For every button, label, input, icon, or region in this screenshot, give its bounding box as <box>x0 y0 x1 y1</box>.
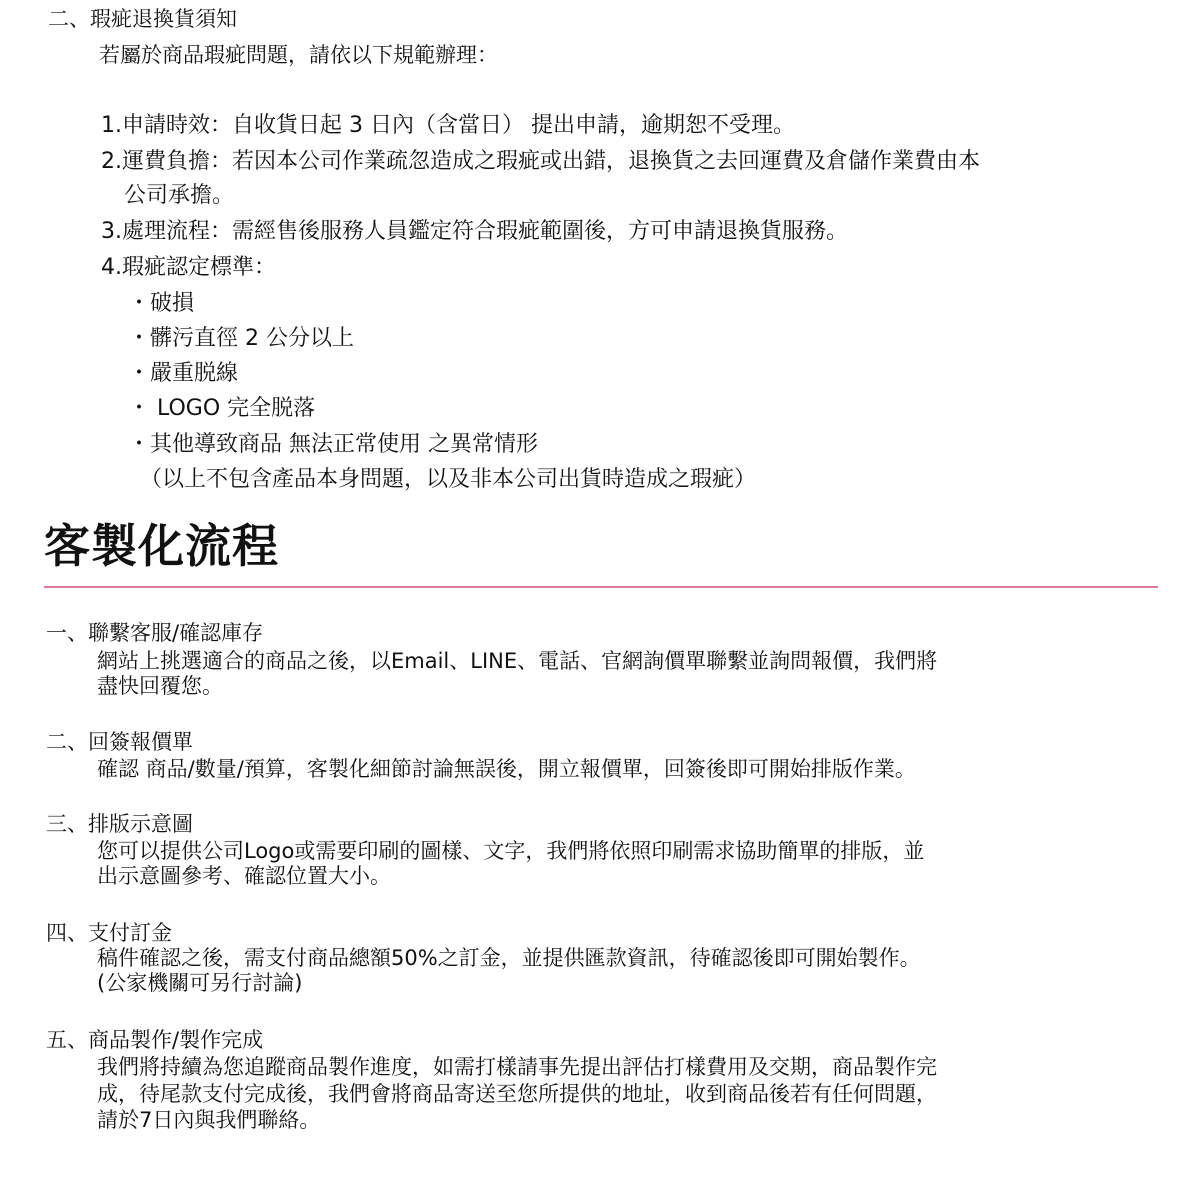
step-1-line: 網站上挑選適合的商品之後，以Email、LINE、電話、官網詢價單聯繫並詢問報價… <box>97 649 937 673</box>
step-3-line: 出示意圖參考、確認位置大小。 <box>97 864 391 888</box>
step-1-line: 盡快回覆您。 <box>97 674 223 698</box>
defect-section-heading: 二、瑕疵退換貨須知 <box>48 6 237 32</box>
criteria-item: ・破損 <box>128 290 194 318</box>
title-divider <box>44 586 1158 588</box>
criteria-item: ・ LOGO 完全脱落 <box>128 395 315 423</box>
step-2-line: 確認 商品/數量/預算，客製化細節討論無誤後，開立報價單，回簽後即可開始排版作業… <box>97 757 916 781</box>
page-title: 客製化流程 <box>44 518 279 574</box>
step-3-heading: 三、排版示意圖 <box>46 812 193 836</box>
step-4-heading: 四、支付訂金 <box>46 921 172 945</box>
step-1-heading: 一、聯繫客服/確認庫存 <box>46 621 263 645</box>
step-4-line: 稿件確認之後，需支付商品總額50%之訂金，並提供匯款資訊，待確認後即可開始製作。 <box>97 946 921 970</box>
rule-2-continuation: 公司承擔。 <box>124 182 234 210</box>
rule-1: 1.申請時效：自收貨日起 3 日內（含當日） 提出申請，逾期恕不受理。 <box>101 112 795 140</box>
rule-3: 3.處理流程：需經售後服務人員鑑定符合瑕疵範圍後，方可申請退換貨服務。 <box>101 218 848 246</box>
step-5-line: 成，待尾款支付完成後，我們會將商品寄送至您所提供的地址，收到商品後若有任何問題， <box>97 1082 937 1106</box>
defect-intro: 若屬於商品瑕疵問題，請依以下規範辦理： <box>99 42 498 68</box>
criteria-note: （以上不包含產品本身問題，以及非本公司出貨時造成之瑕疵） <box>140 466 756 494</box>
criteria-item: ・髒污直徑 2 公分以上 <box>128 325 354 353</box>
rule-2: 2.運費負擔：若因本公司作業疏忽造成之瑕疵或出錯，退換貨之去回運費及倉儲作業費由… <box>101 148 980 176</box>
rule-4: 4.瑕疵認定標準： <box>101 254 276 282</box>
step-4-line: (公家機關可另行討論) <box>97 971 302 995</box>
step-5-heading: 五、商品製作/製作完成 <box>46 1028 263 1052</box>
step-5-line: 請於7日內與我們聯絡。 <box>97 1108 320 1132</box>
criteria-item: ・嚴重脱線 <box>128 360 238 388</box>
step-5-line: 我們將持續為您追蹤商品製作進度，如需打樣請事先提出評估打樣費用及交期，商品製作完 <box>97 1055 937 1079</box>
step-3-line: 您可以提供公司Logo或需要印刷的圖樣、文字，我們將依照印刷需求協助簡單的排版，… <box>97 839 924 863</box>
step-2-heading: 二、回簽報價單 <box>46 730 193 754</box>
criteria-item: ・其他導致商品 無法正常使用 之異常情形 <box>128 431 538 459</box>
